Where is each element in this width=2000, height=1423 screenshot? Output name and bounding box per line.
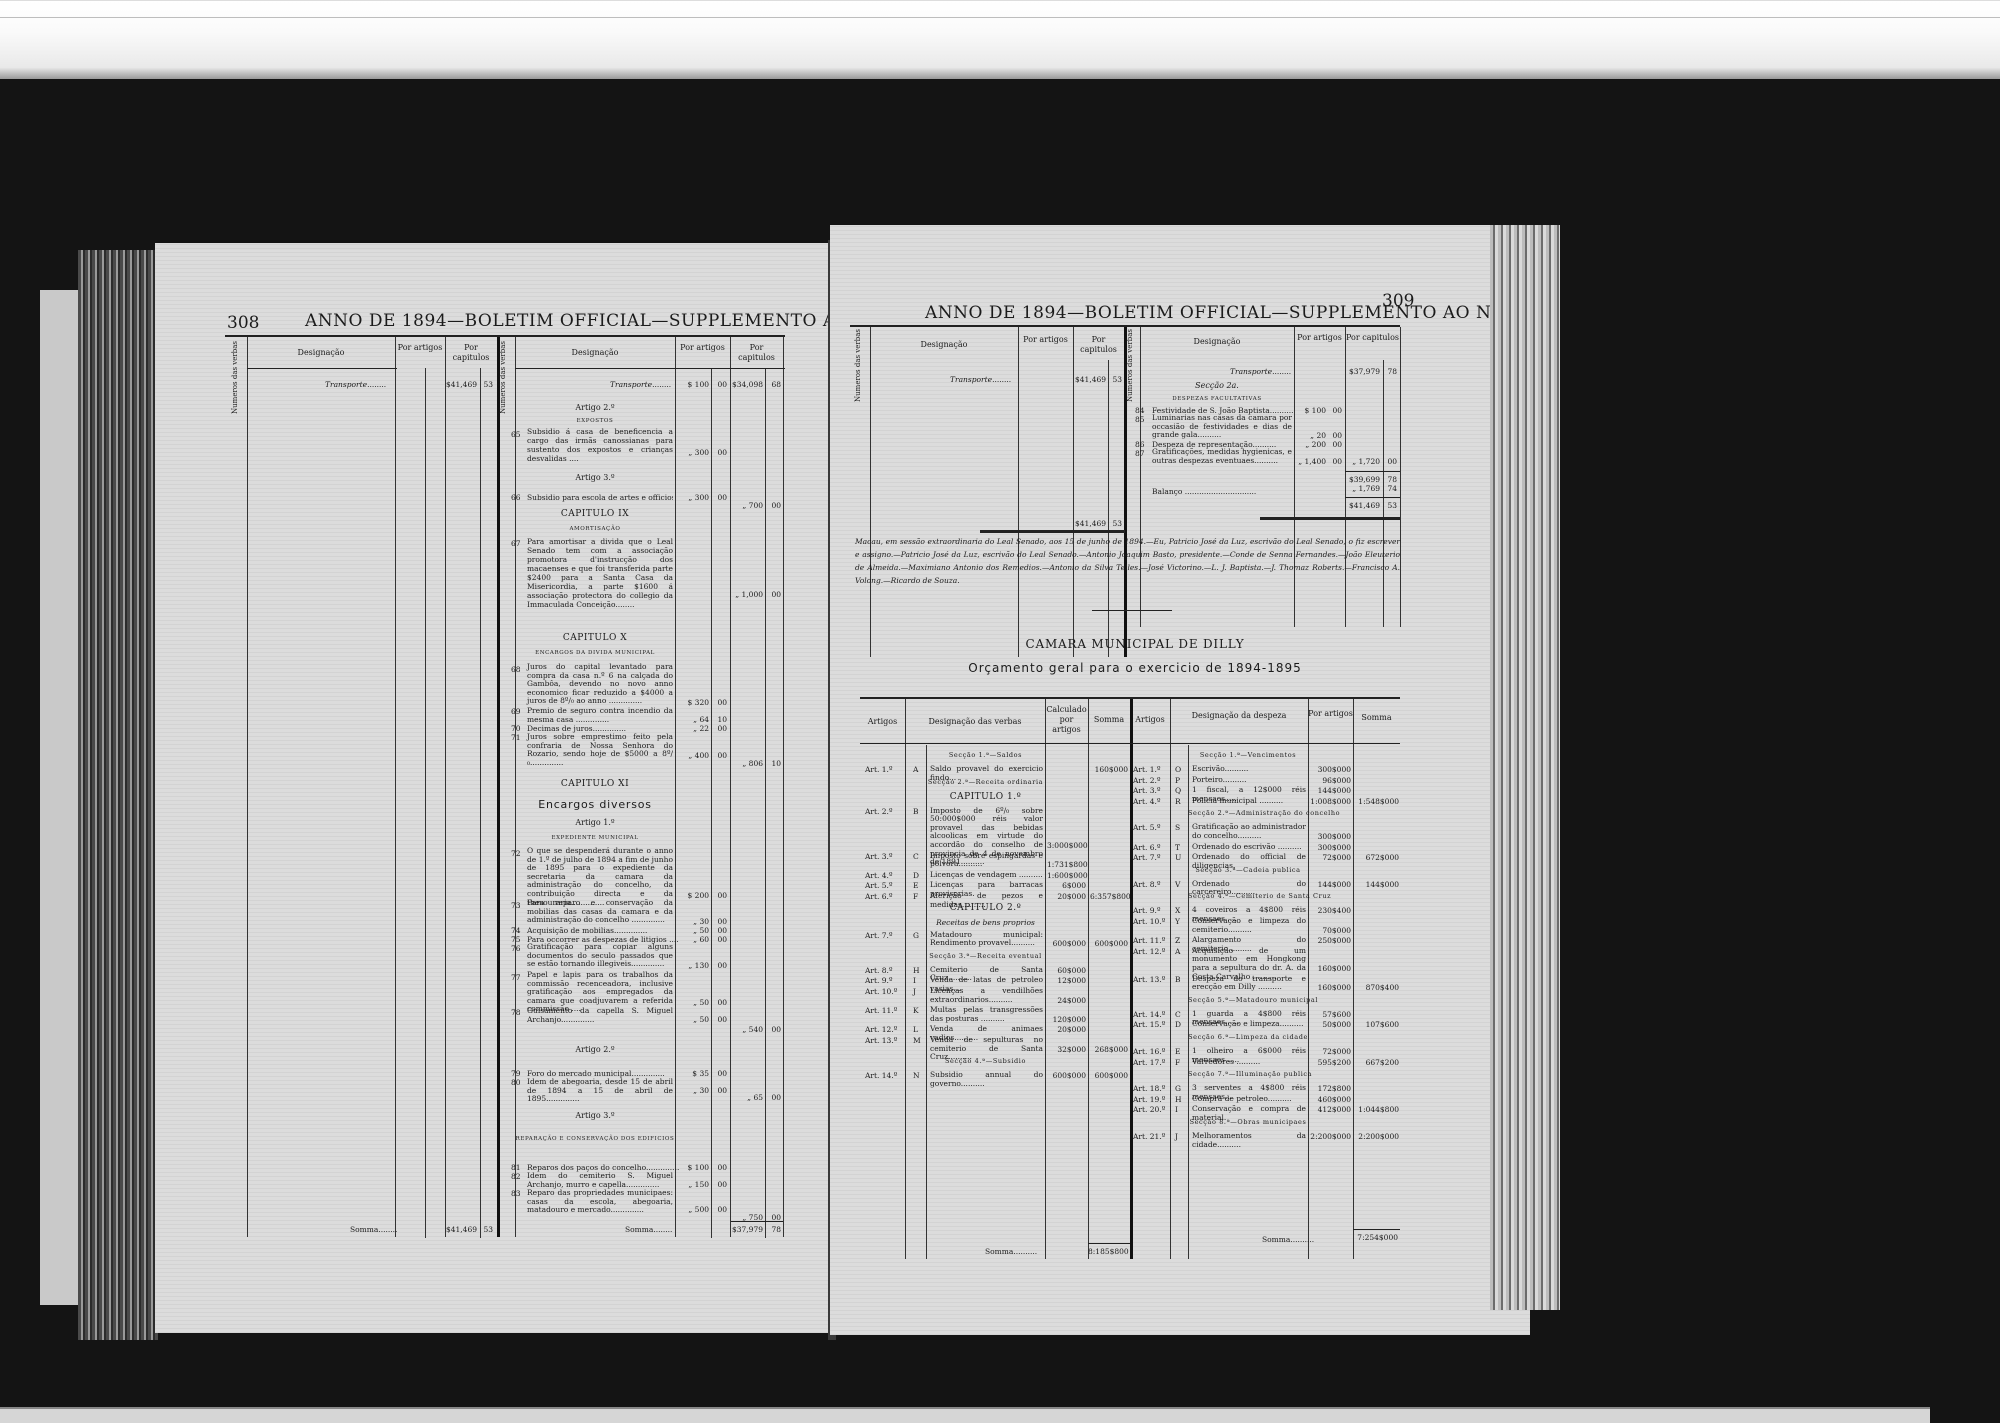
article-letter: Q (1175, 786, 1181, 795)
article-number: Art. 15.º (1133, 1020, 1165, 1029)
header-numeros: Numeros das verbas (231, 341, 239, 414)
article-letter: G (913, 931, 919, 940)
article-number: Art. 19.º (1133, 1095, 1165, 1104)
item-artigos: $ 100 (677, 1163, 709, 1172)
calculated-value: 1:600$000 (1047, 871, 1086, 880)
item-number: 85 (1135, 415, 1145, 424)
transporte-capitulos-cents: 68 (767, 380, 781, 389)
seccao-heading: Secção 5.ª—Matadouro municipal (1188, 996, 1308, 1004)
item-cents: 00 (713, 935, 727, 944)
article-letter: E (913, 881, 918, 890)
header-numeros: Numeros das verbas (1126, 329, 1134, 402)
col-rule (480, 368, 481, 1238)
item-number: 66 (511, 493, 521, 502)
item-cap-cents: 10 (767, 759, 781, 768)
header-somma: Somma (1353, 713, 1400, 723)
article-letter: P (1175, 776, 1180, 785)
header-por-artigos: Por artigos (1308, 709, 1353, 719)
artigo-value: 160$000 (1310, 983, 1351, 992)
item-cents: 00 (713, 917, 727, 926)
despeza-somma-label: Somma.......... (1262, 1235, 1314, 1244)
article-number: Art. 12.º (1133, 947, 1165, 956)
artigo-value: 72$000 (1310, 853, 1351, 862)
item-number: 81 (511, 1163, 521, 1172)
item-number: 82 (511, 1172, 521, 1181)
article-number: Art. 14.º (865, 1071, 897, 1080)
header-designacao: Designação (1140, 337, 1294, 347)
item-cents: 00 (1329, 457, 1342, 466)
article-letter: H (913, 966, 920, 975)
somma-value: 1:548$000 (1355, 797, 1399, 806)
item-capitulos: „ 1,000 (731, 590, 763, 599)
item-artigos: „ 50 (677, 1015, 709, 1024)
running-head: ANNO DE 1894—BOLETIM OFFICIAL—SUPPLEMENT… (925, 303, 1530, 323)
item-number: 84 (1135, 406, 1145, 415)
item-capitulos: „ 1,720 (1345, 457, 1380, 466)
item-number: 69 (511, 707, 521, 716)
item-artigos: „ 300 (677, 493, 709, 502)
article-number: Art. 18.º (1133, 1084, 1165, 1093)
balanco-value: „ 1,769 (1345, 484, 1380, 493)
item-artigos: „ 50 (677, 926, 709, 935)
italic-heading: Receitas de bens proprios (926, 918, 1045, 927)
capitulo-heading: CAPITULO 1.º (926, 792, 1045, 802)
header-designacao-verbas: Designação das verbas (905, 717, 1045, 727)
article-letter: V (1175, 880, 1180, 889)
somma-value: 144$000 (1355, 880, 1399, 889)
seccao-heading: Secção 8.ª—Obras municipaes (1188, 1118, 1308, 1126)
balanco-cents: 74 (1385, 484, 1397, 493)
article-number: Art. 6.º (1133, 843, 1160, 852)
item-cap-cents: 00 (767, 1025, 781, 1034)
article-letter: B (1175, 975, 1181, 984)
article-number: Art. 16.º (1133, 1047, 1165, 1056)
article-letter: D (1175, 1020, 1181, 1029)
artigo-value: 50$000 (1310, 1020, 1351, 1029)
col-rule (497, 337, 500, 1237)
article-number: Art. 5.º (865, 881, 892, 890)
item-artigos: „ 1,400 (1296, 457, 1326, 466)
article-number: Art. 7.º (1133, 853, 1160, 862)
col-rule (711, 368, 712, 1238)
capitulo-heading: CAPITULO X (515, 633, 675, 643)
section-smallcaps: DESPEZAS FACULTATIVAS (1140, 396, 1294, 402)
header-artigos: Artigos (860, 717, 905, 727)
artigo-heading: Artigo 1.º (515, 818, 675, 827)
item-text: Gratificação para copiar alguns document… (527, 943, 673, 969)
item-cap-cents: 00 (767, 1093, 781, 1102)
item-text: Matadouro municipal: Rendimento provavel… (930, 931, 1043, 948)
item-text: Subsidio para escola de artes e officios… (527, 493, 673, 502)
article-letter: J (913, 987, 916, 996)
receita-somma: 8:185$800 (1088, 1247, 1128, 1256)
transporte-label: Transporte........ (610, 380, 671, 389)
item-artigos: „ 400 (677, 751, 709, 760)
article-letter: X (1175, 906, 1180, 915)
item-number: 79 (511, 1069, 521, 1078)
artigo-value: 144$000 (1310, 880, 1351, 889)
article-letter: B (913, 807, 919, 816)
seccao-heading: Secção 1.ª—Saldos (926, 751, 1045, 759)
encargos-heading: Encargos diversos (515, 798, 675, 811)
calculated-value: 12$000 (1047, 976, 1086, 985)
article-letter: H (1175, 1095, 1182, 1104)
artigo-value: 412$000 (1310, 1105, 1351, 1114)
col-rule (445, 337, 446, 1237)
article-number: Art. 20.º (1133, 1105, 1165, 1114)
calculated-value: 600$000 (1047, 939, 1086, 948)
artigo-heading: Artigo 3.º (515, 473, 675, 482)
article-letter: A (913, 765, 918, 774)
somma-value: 600$000 (1090, 939, 1128, 948)
article-number: Art. 4.º (1133, 797, 1160, 806)
total-rule (731, 1221, 783, 1222)
header-por-artigos: Por artigos (1018, 335, 1073, 345)
item-number: 74 (511, 926, 521, 935)
col-rule (765, 368, 766, 1238)
item-artigos: „ 500 (677, 1205, 709, 1214)
article-number: Art. 9.º (865, 976, 892, 985)
artigo-value: 300$000 (1310, 843, 1351, 852)
seccao-heading: Secção 3.ª—Cadeia publica (1188, 866, 1308, 874)
calculated-value: 20$000 (1047, 892, 1086, 901)
item-cents: 00 (713, 1180, 727, 1189)
total-rule (1345, 497, 1400, 498)
transporte-value: $41,469 (1075, 375, 1105, 384)
article-number: Art. 4.º (865, 871, 892, 880)
artigo-value: 57$600 (1310, 1010, 1351, 1019)
calculated-value: 3:000$000 (1047, 841, 1086, 850)
article-number: Art. 1.º (1133, 765, 1160, 774)
seccao-heading: Secção 2.ª—Receita ordinaria (926, 778, 1045, 786)
col-rule (905, 699, 906, 1259)
header-por-capitulos: Por capitulos (1345, 333, 1400, 343)
article-number: Art. 5.º (1133, 823, 1160, 832)
section-smallcaps: EXPEDIENTE MUNICIPAL (515, 835, 675, 841)
article-number: Art. 11.º (865, 1006, 897, 1015)
artigo-value: 1:008$000 (1310, 797, 1351, 806)
calculated-value: 32$000 (1047, 1045, 1086, 1054)
item-cents: 00 (1329, 440, 1342, 449)
calculated-value: 20$000 (1047, 1025, 1086, 1034)
article-letter: T (1175, 843, 1180, 852)
item-number: 67 (511, 539, 521, 548)
item-text: Gratificações, medidas hygienicas, e out… (1152, 448, 1292, 465)
total-rule (1353, 1229, 1400, 1230)
somma-value: 1:044$800 (1355, 1105, 1399, 1114)
total-cents: 53 (1385, 501, 1397, 510)
total-rule (1260, 517, 1400, 520)
item-text: Juros do capital levantado para compra d… (527, 663, 673, 706)
header-artigos: Artigos (1130, 715, 1170, 725)
artigo-value: 595$200 (1310, 1058, 1351, 1067)
header-designacao: Designação (247, 348, 395, 358)
article-number: Art. 1.º (865, 765, 892, 774)
article-letter: Y (1175, 917, 1180, 926)
item-cents: 00 (713, 926, 727, 935)
item-cents: 00 (713, 891, 727, 900)
item-cents: 00 (713, 448, 727, 457)
item-text: Varredores .......... (1192, 1058, 1306, 1067)
somma-value: 160$000 (1090, 765, 1128, 774)
subtotal-rule (1345, 471, 1400, 472)
total-rule (980, 530, 1125, 533)
item-artigos: „ 130 (677, 961, 709, 970)
header-designacao: Designação (515, 348, 675, 358)
article-letter: O (1175, 765, 1181, 774)
article-letter: C (913, 852, 919, 861)
somma-label: Somma........ (350, 1225, 397, 1234)
item-cents: 00 (713, 961, 727, 970)
col-rule (1018, 327, 1019, 657)
head-rule (225, 335, 785, 337)
item-cents: 00 (713, 724, 727, 733)
item-cap-cents: 00 (1385, 457, 1397, 466)
article-number: Art. 14.º (1133, 1010, 1165, 1019)
capitulo-heading: CAPITULO XI (515, 779, 675, 789)
page-309: ANNO DE 1894—BOLETIM OFFICIAL—SUPPLEMENT… (830, 225, 1530, 1335)
item-number: 77 (511, 973, 521, 982)
running-head: ANNO DE 1894—BOLETIM OFFICIAL—SUPPLEMENT… (305, 311, 835, 331)
item-cents: 00 (713, 1069, 727, 1078)
section-smallcaps: REPARAÇÃO E CONSERVAÇÃO DOS EDIFICIOS (513, 1136, 677, 1142)
artigo-value: 460$000 (1310, 1095, 1351, 1104)
seccao-heading: Secção 1.ª—Vencimentos (1188, 751, 1308, 759)
col-rule (783, 337, 784, 1237)
col-rule (1170, 699, 1171, 1259)
col-rule (1400, 327, 1401, 627)
article-number: Art. 8.º (865, 966, 892, 975)
somma-value: $37,979 (731, 1225, 763, 1234)
article-number: Art. 3.º (1133, 786, 1160, 795)
header-por-capitulos: Por capitulos (1073, 335, 1124, 355)
item-cents: 10 (713, 715, 727, 724)
item-cap-cents: 00 (767, 590, 781, 599)
artigo-value: 2:200$000 (1310, 1132, 1351, 1141)
article-letter: E (1175, 1047, 1180, 1056)
article-letter: R (1175, 797, 1181, 806)
header-designacao-despeza: Designação da despeza (1170, 711, 1308, 721)
header-rule (247, 368, 397, 369)
somma-value: 6:357$800 (1090, 892, 1128, 901)
article-number: Art. 10.º (865, 987, 897, 996)
section-smallcaps: ENCARGOS DA DIVIDA MUNICIPAL (515, 650, 675, 656)
item-artigos: „ 30 (677, 1086, 709, 1095)
item-cents: 00 (713, 998, 727, 1007)
page-308: 308 ANNO DE 1894—BOLETIM OFFICIAL—SUPPLE… (155, 243, 835, 1333)
total-value: $41,469 (1345, 501, 1380, 510)
item-number: 80 (511, 1078, 521, 1087)
somma-cents: 78 (767, 1225, 781, 1234)
subtotal-value: $39,699 (1345, 475, 1380, 484)
item-number: 65 (511, 430, 521, 439)
article-letter: G (1175, 1084, 1181, 1093)
col-rule (730, 337, 731, 1237)
item-text: Porteiro.......... (1192, 776, 1306, 785)
dilly-title: CAMARA MUNICIPAL DE DILLY (870, 637, 1400, 651)
transporte-value: $41,469 (445, 380, 477, 389)
col-rule (395, 337, 396, 1237)
item-text: Escrivão.......... (1192, 765, 1306, 774)
page-number: 309 (1382, 291, 1414, 311)
item-cents: 00 (713, 1086, 727, 1095)
item-text: Licenças a vendilhões extraordinarios...… (930, 987, 1043, 1004)
item-text: Conservação e limpeza.......... (1192, 1020, 1306, 1029)
header-por-capitulos: Por capitulos (730, 343, 783, 363)
artigo-value: 96$000 (1310, 776, 1351, 785)
header-numeros: Numeros das verbas (854, 329, 862, 402)
header-calculado: Calculado por artigos (1045, 705, 1088, 735)
artigo-value: 70$000 (1310, 926, 1351, 935)
somma-value: 870$400 (1355, 983, 1399, 992)
artigo-heading: Artigo 3.º (515, 1111, 675, 1120)
item-text: Compra de petroleo.......... (1192, 1095, 1306, 1104)
item-artigos: „ 300 (677, 448, 709, 457)
article-number: Art. 9.º (1133, 906, 1160, 915)
scan-top-margin (0, 0, 2000, 79)
seccao-heading: Secção 3.ª—Receita eventual (926, 952, 1045, 960)
total-cents: 53 (1110, 519, 1122, 528)
capitulo-heading: CAPITULO IX (515, 509, 675, 519)
article-letter: A (1175, 947, 1180, 956)
somma-value: 268$000 (1090, 1045, 1128, 1054)
calculated-value: 600$000 (1047, 1071, 1086, 1080)
col-rule (1353, 699, 1354, 1259)
col-rule (926, 745, 927, 1259)
item-cents: 00 (713, 1015, 727, 1024)
article-number: Art. 7.º (865, 931, 892, 940)
item-artigos: „ 64 (677, 715, 709, 724)
item-artigos: „ 50 (677, 998, 709, 1007)
transporte-label: Transporte........ (1230, 367, 1291, 376)
item-text: Licenças de vendagem .......... (930, 871, 1043, 880)
item-number: 83 (511, 1189, 521, 1198)
item-text: Acquisição de mobilias.............. (527, 926, 647, 935)
item-text: Premio de seguro contra incendio da mesm… (527, 707, 673, 724)
header-somma: Somma (1088, 715, 1130, 725)
artigo-value: 144$000 (1310, 786, 1351, 795)
seccao-heading: Secção 7.ª—Illuminação publica (1188, 1070, 1308, 1078)
somma-cents: 53 (481, 1225, 493, 1234)
artigo-value: 300$000 (1310, 765, 1351, 774)
section-smallcaps: AMORTISAÇÃO (515, 526, 675, 532)
item-number: 75 (511, 935, 521, 944)
item-text: Luminarias nas casas da camara por occas… (1152, 414, 1292, 440)
artigo-value: 172$800 (1310, 1084, 1351, 1093)
article-letter: K (913, 1006, 919, 1015)
artigo-value: 160$000 (1310, 964, 1351, 973)
header-numeros: Numeros das verbas (499, 341, 507, 414)
header-designacao: Designação (870, 340, 1018, 350)
item-capitulos: „ 65 (731, 1093, 763, 1102)
closing-paragraph: Macau, em sessão extraordinaria do Leal … (855, 535, 1400, 587)
item-text: Reparo das propriedades municipaes: casa… (527, 1189, 673, 1215)
item-artigos: „ 20 (1296, 431, 1326, 440)
item-text: Policia municipal .......... (1192, 797, 1306, 806)
somma-value: 2:200$000 (1355, 1132, 1399, 1141)
item-capitulos: „ 540 (731, 1025, 763, 1034)
article-number: Art. 3.º (865, 852, 892, 861)
col-rule (1045, 699, 1046, 1259)
col-rule (1108, 360, 1109, 657)
somma-value: 667$200 (1355, 1058, 1399, 1067)
transporte-value: $37,979 (1345, 367, 1380, 376)
item-artigos: „ 200 (1296, 440, 1326, 449)
item-text: Subsidio annual do governo.......... (930, 1071, 1043, 1088)
item-artigos: „ 150 (677, 1180, 709, 1189)
seccao-heading: Secção 6.ª—Limpeza da cidade (1188, 1033, 1308, 1041)
transporte-capitulos: $34,098 (731, 380, 763, 389)
item-text: Melhoramentos da cidade.......... (1192, 1132, 1306, 1149)
article-letter: J (1175, 1132, 1178, 1141)
item-cents: 00 (713, 493, 727, 502)
somma-label: Somma........ (625, 1225, 672, 1234)
header-rule (515, 368, 785, 369)
item-artigos: $ 35 (677, 1069, 709, 1078)
article-number: Art. 12.º (865, 1025, 897, 1034)
subtotal-cents: 78 (1385, 475, 1397, 484)
header-por-artigos: Por artigos (1294, 333, 1345, 343)
item-cents: 00 (713, 1205, 727, 1214)
artigo-value: 72$000 (1310, 1047, 1351, 1056)
item-number: 70 (511, 724, 521, 733)
item-text: Imposto sobre espingardas e polvora.....… (930, 852, 1043, 869)
calculated-value: 1:731$800 (1047, 860, 1086, 869)
item-cents: 00 (713, 1163, 727, 1172)
section-smallcaps: EXPOSTOS (515, 418, 675, 424)
item-text: Gratificação ao administrador do concelh… (1192, 823, 1306, 840)
balanco-label: Balanço .............................. (1152, 487, 1256, 496)
somma-value: 672$000 (1355, 853, 1399, 862)
item-artigos: $ 100 (1296, 406, 1326, 415)
artigo-value: 300$000 (1310, 832, 1351, 841)
item-artigos: „ 30 (677, 917, 709, 926)
article-number: Art. 8.º (1133, 880, 1160, 889)
calculated-value: 6$000 (1047, 881, 1086, 890)
item-text: Idem do cemiterio S. Miguel Archanjo, mu… (527, 1172, 673, 1189)
item-number: 72 (511, 849, 521, 858)
article-number: Art. 11.º (1133, 936, 1165, 945)
item-artigos: $ 320 (677, 698, 709, 707)
calculated-value: 60$000 (1047, 966, 1086, 975)
article-letter: M (913, 1036, 921, 1045)
transporte-label: Transporte........ (950, 375, 1011, 384)
item-number: 76 (511, 944, 521, 953)
item-number: 78 (511, 1008, 521, 1017)
item-artigos: „ 60 (677, 935, 709, 944)
header-por-artigos: Por artigos (395, 343, 445, 353)
item-number: 87 (1135, 449, 1145, 458)
item-cents: 00 (1329, 406, 1342, 415)
article-number: Art. 2.º (865, 807, 892, 816)
item-number: 86 (1135, 440, 1145, 449)
article-letter: I (1175, 1105, 1178, 1114)
item-text: Idem de abegoaria, desde 15 de abril de … (527, 1078, 673, 1104)
artigo-heading: Artigo 2.º (515, 403, 675, 412)
item-text: Para reparo e conservação da mobilias da… (527, 899, 673, 925)
book-page-edge-right (1490, 225, 1560, 1310)
article-number: Art. 17.º (1133, 1058, 1165, 1067)
article-letter: U (1175, 853, 1181, 862)
scan-bottom-margin (0, 1407, 1930, 1423)
col-rule (425, 368, 426, 1238)
page-number: 308 (227, 313, 259, 333)
item-text: Despeza do transporte e erecção em Dilly… (1192, 975, 1306, 992)
seccao-heading: Secção 4.ª—Cemiterio de Santa Cruz (1188, 892, 1308, 900)
item-number: 71 (511, 733, 521, 742)
header-bottom-rule (860, 743, 1400, 744)
col-rule (1073, 327, 1074, 657)
